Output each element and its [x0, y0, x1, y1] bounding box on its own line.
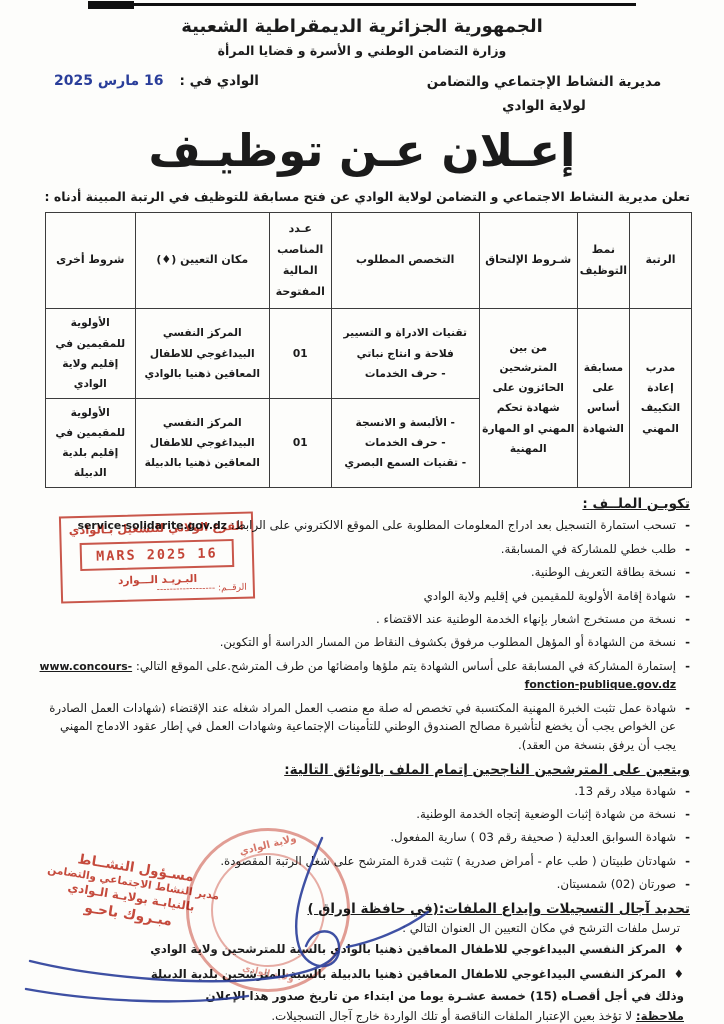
docs-item: - شهادة السوابق العدلية ( صحيفة رقم 03 )… — [34, 828, 690, 846]
docs-item: - شهادة ميلاد رقم 13. — [34, 782, 690, 800]
dash-marker: - — [685, 852, 690, 870]
stamp-date: 16 MARS 2025 — [80, 539, 234, 571]
dash-marker: - — [685, 657, 690, 694]
cell-rank: مدرب إعادة التكييف المهني — [630, 309, 692, 488]
col-rank: الرتبة — [630, 212, 692, 309]
dash-marker: - — [685, 563, 690, 581]
subheader-row: مديرية النشاط الإجتماعي والتضامن لولاية … — [0, 70, 724, 119]
dash-marker: - — [685, 699, 690, 754]
republic-title: الجمهورية الجزائرية الديمقراطية الشعبية — [0, 16, 724, 37]
file-item: - إستمارة المشاركة في المسابقة على أساس … — [34, 657, 690, 694]
scanned-document-page: الجمهورية الجزائرية الديمقراطية الشعبية … — [0, 0, 724, 1024]
file-item-text: شهادة إقامة الأولوية للمقيمين في إقليم و… — [424, 587, 676, 605]
table-row: مدرب إعادة التكييف المهني مسابقة على أسا… — [45, 309, 691, 399]
file-item: - نسخة من مستخرج اشعار بإنهاء الخدمة الو… — [34, 610, 690, 628]
docs-item-text: صورتان (02) شمسيتان. — [557, 875, 676, 893]
file-item-text: إستمارة المشاركة في المسابقة على أساس ال… — [34, 657, 676, 694]
dash-marker: - — [685, 587, 690, 605]
page-title: إعـلان عـن توظيـف — [0, 123, 724, 179]
employment-branch-stamp: الفرع الولائي للتشغيل بـالوادي 16 MARS 2… — [59, 511, 255, 603]
scan-edge-mark — [88, 1, 134, 9]
col-specialty: التخصص المطلوب — [331, 212, 479, 309]
cell-other: الأولوية للمقيمين في إقليم ولاية الوادي — [45, 309, 135, 399]
docs-item-text: شهادة السوابق العدلية ( صحيفة رقم 03 ) س… — [390, 828, 676, 846]
scan-edge-line — [88, 3, 636, 6]
file-section-heading: تكويـن الملــف : — [34, 496, 690, 512]
file-item-text: طلب خطي للمشاركة في المسابقة. — [501, 540, 676, 558]
file-item: - نسخة من الشهادة أو المؤهل المطلوب مرفو… — [34, 633, 690, 651]
note-label: ملاحظة: — [636, 1009, 684, 1023]
file-item-text: شهادة عمل تثبت الخبرة المهنية المكتسبة ف… — [34, 699, 676, 754]
intro-text: تعلن مديرية النشاط الاجتماعي و التضامن ل… — [0, 189, 724, 204]
directorate-name: مديرية النشاط الإجتماعي والتضامن — [394, 70, 694, 94]
docs-item-text: نسخة من شهادة إثبات الوضعية إتجاه الخدمة… — [416, 805, 676, 823]
note-text: لا تؤخذ بعين الإعتبار الملفات الناقصة أو… — [271, 1009, 632, 1023]
address-bullet: ♦ المركز النفسي البيداغوجي للاطفال المعا… — [34, 965, 690, 984]
place-label: الوادي في : — [180, 73, 259, 89]
col-mode: نمط التوظيف — [577, 212, 629, 309]
dash-marker: - — [685, 875, 690, 893]
dash-marker: - — [685, 516, 690, 535]
cell-location: المركز النفسي البيداغوجي للاطفال المعاقي… — [135, 309, 269, 399]
docs-item-text: شهادة ميلاد رقم 13. — [574, 782, 676, 800]
file-item: - شهادة عمل تثبت الخبرة المهنية المكتسبة… — [34, 699, 690, 754]
recruitment-table: الرتبة نمط التوظيف شـروط الإلتحاق التخصص… — [45, 212, 692, 489]
cell-other: الأولوية للمقيمين في إقليم بلدية الدبيلة — [45, 398, 135, 488]
dash-marker: - — [685, 828, 690, 846]
cell-specialty: - الألبسة و الانسجة - حرف الخدمات - تقني… — [331, 398, 479, 488]
col-other: شروط أخرى — [45, 212, 135, 309]
place-date-line: الوادي في : 16 مارس 2025 — [54, 73, 259, 89]
file-item-text: نسخة من الشهادة أو المؤهل المطلوب مرفوق … — [220, 633, 676, 651]
dash-marker: - — [685, 610, 690, 628]
dash-marker: - — [685, 633, 690, 651]
cell-location: المركز النفسي البيداغوجي للاطفال المعاقي… — [135, 398, 269, 488]
dash-marker: - — [685, 805, 690, 823]
col-conditions: شـروط الإلتحاق — [479, 212, 577, 309]
docs-item: - نسخة من شهادة إثبات الوضعية إتجاه الخد… — [34, 805, 690, 823]
cell-specialty: تقنيات الادراة و التسيير فلاحة و انتاج ن… — [331, 309, 479, 399]
file-item-text: نسخة بطاقة التعريف الوطنية. — [531, 563, 676, 581]
stamp-title: الفرع الولائي للتشغيل بـالوادي — [67, 519, 245, 538]
table-header-row: الرتبة نمط التوظيف شـروط الإلتحاق التخصص… — [45, 212, 691, 309]
docs-section-heading: ويتعين على المترشحين الناجحين إتمام المل… — [34, 762, 690, 778]
deadline-duration: وذلك في أجل أقصـاه (15) خمسة عشـرة يوما … — [34, 989, 690, 1003]
cell-mode: مسابقة على أساس الشهادة — [577, 309, 629, 488]
date-ink-stamp: 16 مارس 2025 — [54, 73, 164, 89]
file-item-text: نسخة من مستخرج اشعار بإنهاء الخدمة الوطن… — [376, 610, 676, 628]
directorate-block: مديرية النشاط الإجتماعي والتضامن لولاية … — [394, 70, 694, 119]
note-line: ملاحظة: لا تؤخذ بعين الإعتبار الملفات ال… — [34, 1009, 690, 1023]
col-location: مكان التعيين (♦) — [135, 212, 269, 309]
address-bullet: ♦ المركز النفسي البيداغوجي للاطفال المعا… — [34, 940, 690, 959]
dash-marker: - — [685, 540, 690, 558]
diamond-marker: ♦ — [674, 965, 684, 984]
col-posts: عـدد المناصب المالية المفتوحة — [269, 212, 331, 309]
directorate-wilaya: لولاية الوادي — [394, 94, 694, 118]
cell-posts: 01 — [269, 398, 331, 488]
ministry-title: وزارة التضامن الوطني و الأسرة و قضايا ال… — [0, 43, 724, 58]
dash-marker: - — [685, 782, 690, 800]
cell-posts: 01 — [269, 309, 331, 399]
diamond-marker: ♦ — [674, 940, 684, 959]
cell-conditions: من بين المترشحين الحائزون على شهادة تحكم… — [479, 309, 577, 488]
